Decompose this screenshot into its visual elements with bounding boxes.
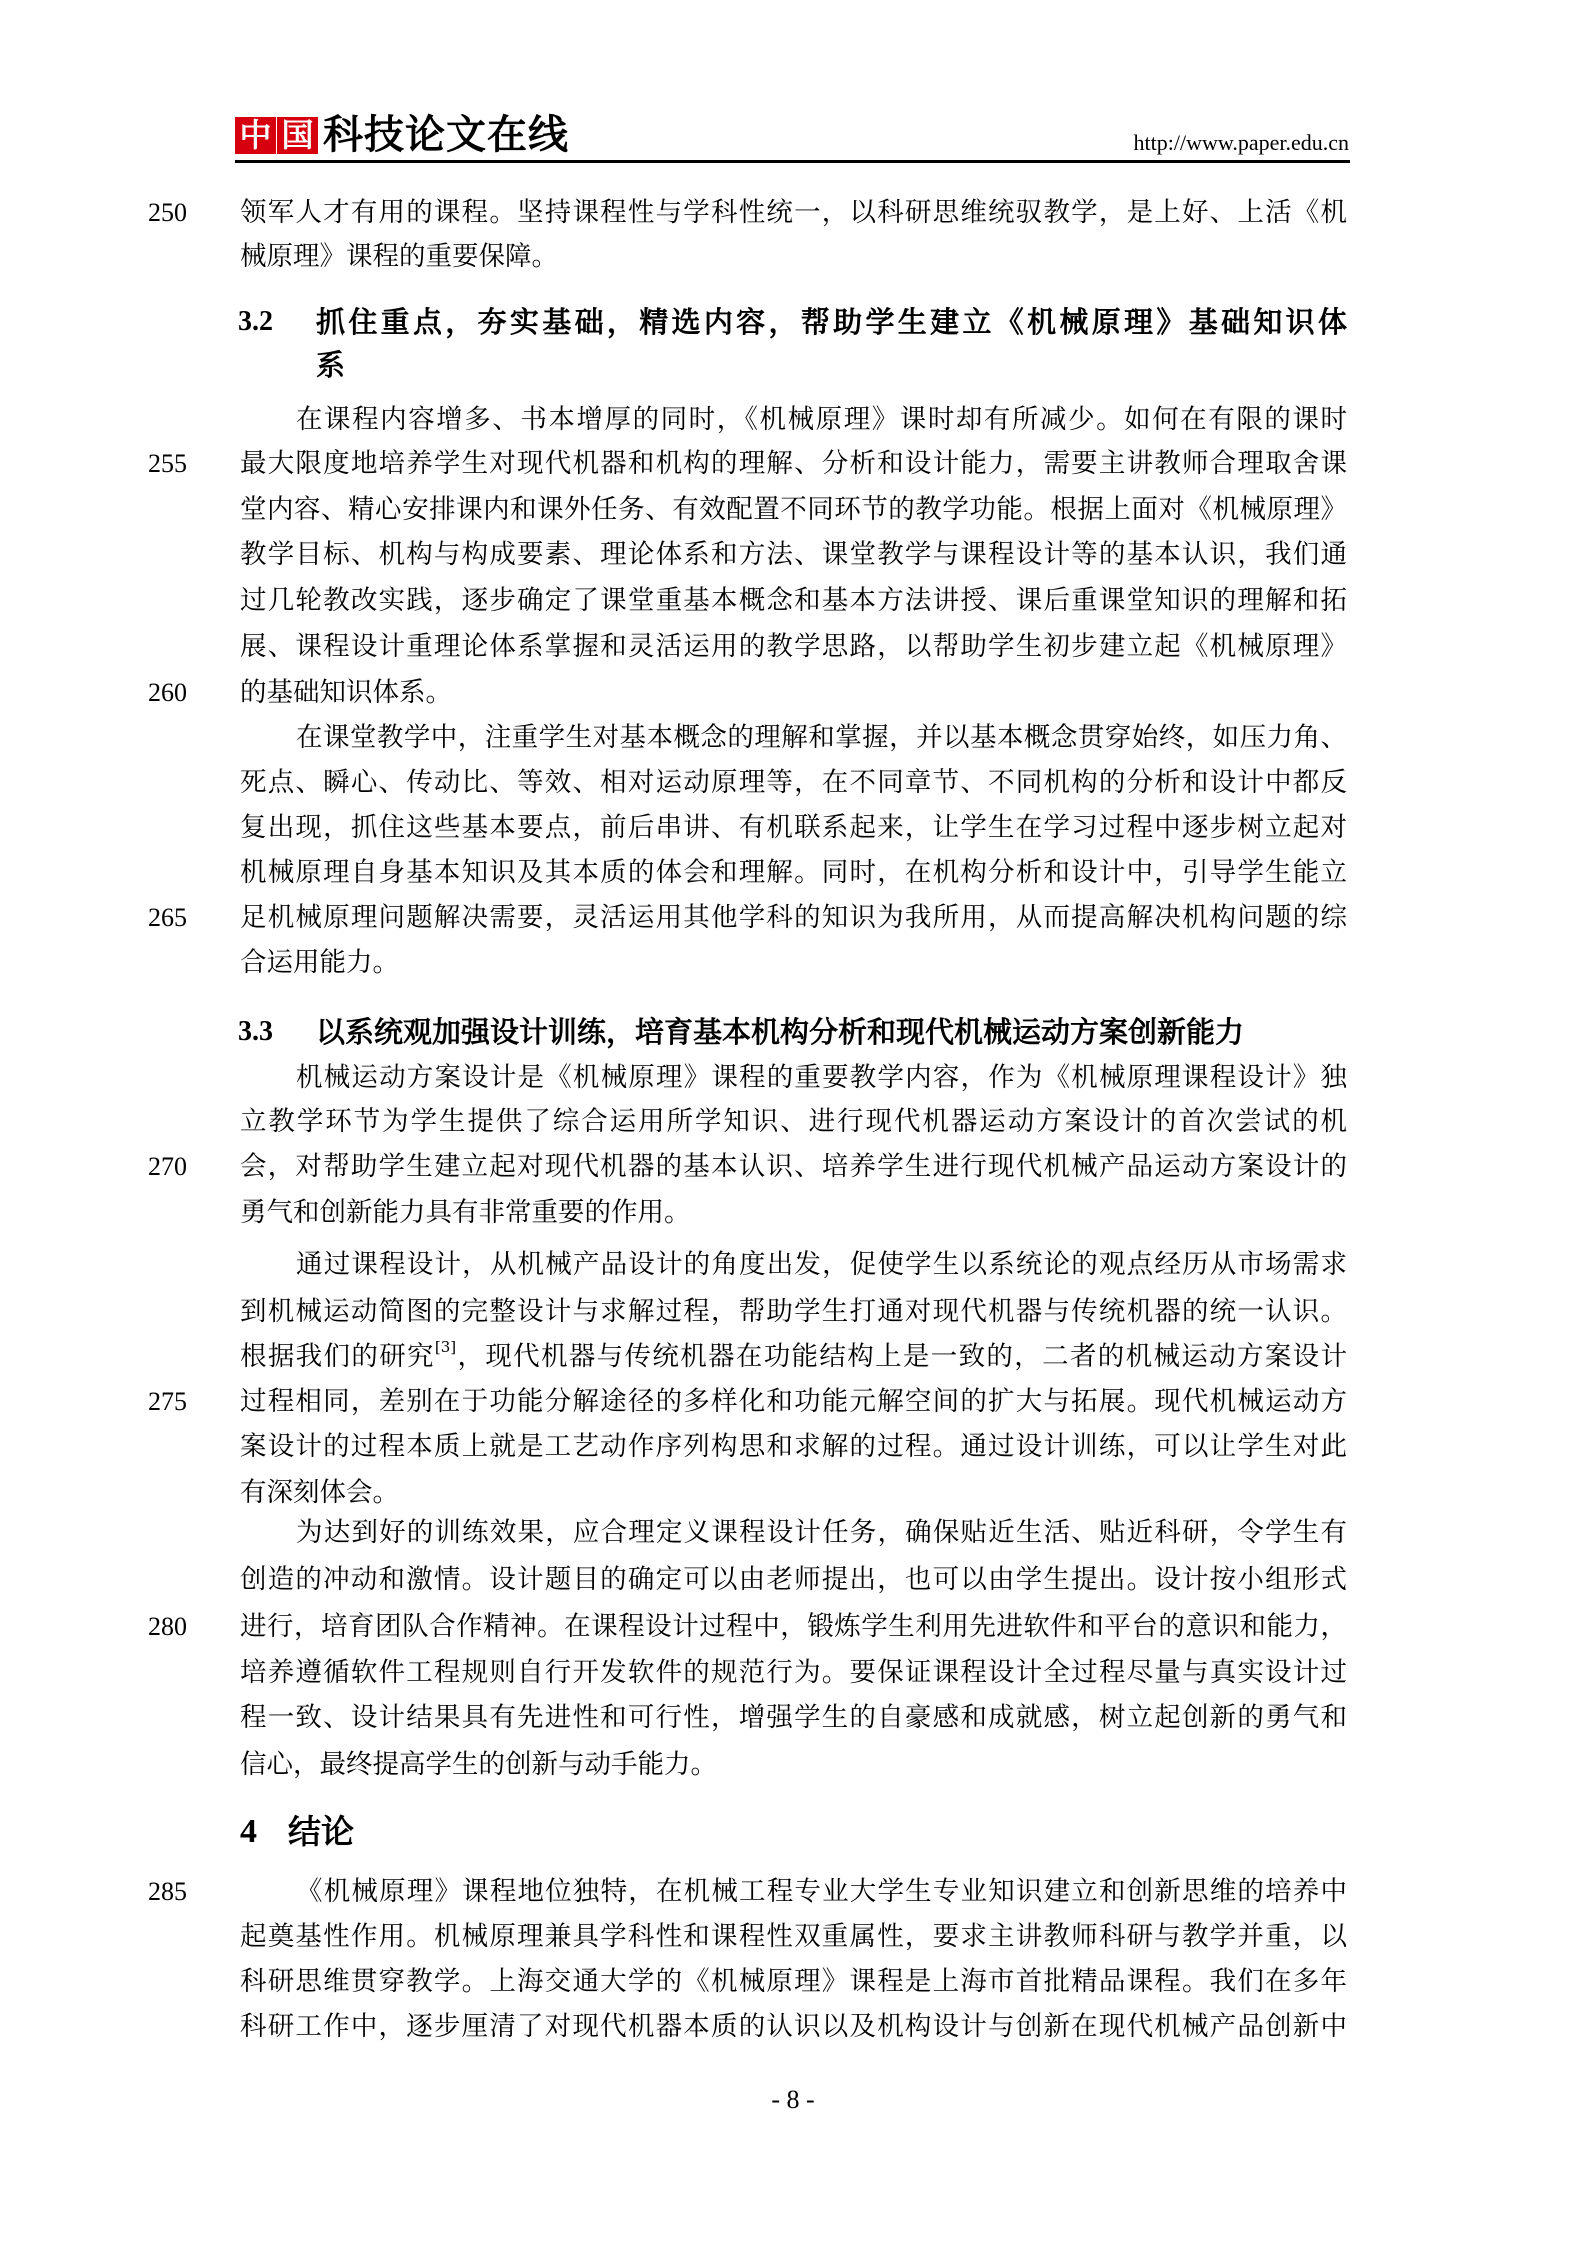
section-number: 4	[240, 1810, 257, 1854]
text-line: 起奠基性作用。机械原理兼具学科性和课程性双重属性，要求主讲教师科研与教学并重，以	[240, 1917, 1347, 1957]
document-page: 中 国 科技论文在线 http://www.paper.edu.cn 250 领…	[0, 0, 1587, 2245]
text-line: 教学目标、机构与构成要素、理论体系和方法、课堂教学与课程设计等的基本认识，我们通	[240, 535, 1347, 575]
text-line: 通过课程设计，从机械产品设计的角度出发，促使学生以系统论的观点经历从市场需求	[296, 1245, 1347, 1285]
text-line: 在课程内容增多、书本增厚的同时，《机械原理》课时却有所减少。如何在有限的课时	[296, 400, 1347, 440]
header-rule	[235, 160, 1350, 163]
text-line: 死点、瞬心、传动比、等效、相对运动原理等，在不同章节、不同机构的分析和设计中都反	[240, 763, 1347, 803]
text-line: 复出现，抓住这些基本要点，前后串讲、有机联系起来，让学生在学习过程中逐步树立起对	[240, 808, 1347, 848]
text-line: 创造的冲动和激情。设计题目的确定可以由老师提出，也可以由学生提出。设计按小组形式	[240, 1560, 1347, 1600]
section-number: 3.3	[238, 1012, 273, 1052]
line-number: 285	[148, 1872, 198, 1912]
logo-char-zhong: 中	[235, 117, 276, 154]
text-line: 会，对帮助学生建立起对现代机器的基本认识、培养学生进行现代机械产品运动方案设计的	[240, 1147, 1347, 1187]
header-url[interactable]: http://www.paper.edu.cn	[1109, 128, 1349, 158]
text-line-with-citation: 根据我们的研究[3]，现代机器与传统机器在功能结构上是一致的，二者的机械运动方案…	[240, 1337, 1347, 1377]
text-line: 展、课程设计重理论体系掌握和灵活运用的教学思路，以帮助学生初步建立起《机械原理》	[240, 627, 1347, 667]
text-line: 机械原理自身基本知识及其本质的体会和理解。同时，在机构分析和设计中，引导学生能立	[240, 853, 1347, 893]
text-line: 培养遵循软件工程规则自行开发软件的规范行为。要保证课程设计全过程尽量与真实设计过	[240, 1653, 1347, 1693]
logo-text: 科技论文在线	[323, 116, 569, 154]
line-number: 255	[148, 444, 198, 484]
text-line: 过几轮教改实践，逐步确定了课堂重基本概念和基本方法讲授、课后重课堂知识的理解和拓	[240, 581, 1347, 621]
text-line: 械原理》课程的重要保障。	[240, 237, 1347, 277]
section-number: 3.2	[238, 302, 273, 342]
section-title: 抓住重点，夯实基础，精选内容，帮助学生建立《机械原理》基础知识体	[316, 302, 1347, 342]
text-line: 程一致、设计结果具有先进性和可行性，增强学生的自豪感和成就感，树立起创新的勇气和	[240, 1698, 1347, 1738]
line-number: 280	[148, 1607, 198, 1647]
line-number: 270	[148, 1147, 198, 1187]
line-number: 250	[148, 193, 198, 233]
text-line: 最大限度地培养学生对现代机器和机构的理解、分析和设计能力，需要主讲教师合理取舍课	[240, 444, 1347, 484]
text-fragment: 根据我们的研究	[240, 1341, 435, 1372]
text-line: 合运用能力。	[240, 943, 1347, 983]
text-line: 过程相同，差别在于功能分解途径的多样化和功能元解空间的扩大与拓展。现代机械运动方	[240, 1382, 1347, 1422]
line-number: 260	[148, 673, 198, 713]
text-line: 到机械运动简图的完整设计与求解过程，帮助学生打通对现代机器与传统机器的统一认识。	[240, 1292, 1347, 1332]
text-line: 科研工作中，逐步厘清了对现代机器本质的认识以及机构设计与创新在现代机械产品创新中	[240, 2007, 1347, 2047]
line-number: 265	[148, 898, 198, 938]
citation-link[interactable]: [3]	[435, 1338, 456, 1356]
text-line: 科研思维贯穿教学。上海交通大学的《机械原理》课程是上海市首批精品课程。我们在多年	[240, 1962, 1347, 2002]
site-logo[interactable]: 中 国 科技论文在线	[235, 116, 569, 154]
text-line: 堂内容、精心安排课内和课外任务、有效配置不同环节的教学功能。根据上面对《机械原理…	[240, 490, 1347, 530]
section-title: 系	[316, 345, 1347, 385]
text-line: 领军人才有用的课程。坚持课程性与学科性统一，以科研思维统驭教学，是上好、上活《机	[240, 193, 1347, 233]
text-fragment: ，现代机器与传统机器在功能结构上是一致的，二者的机械运动方案设计	[456, 1341, 1347, 1372]
text-line: 信心，最终提高学生的创新与动手能力。	[240, 1745, 1347, 1785]
text-line: 的基础知识体系。	[240, 673, 1347, 713]
text-line: 进行，培育团队合作精神。在课程设计过程中，锻炼学生利用先进软件和平台的意识和能力…	[240, 1607, 1347, 1647]
text-line: 立教学环节为学生提供了综合运用所学知识、进行现代机器运动方案设计的首次尝试的机	[240, 1102, 1347, 1142]
text-line: 案设计的过程本质上就是工艺动作序列构思和求解的过程。通过设计训练，可以让学生对此	[240, 1427, 1347, 1467]
text-line: 足机械原理问题解决需要，灵活运用其他学科的知识为我所用，从而提高解决机构问题的综	[240, 898, 1347, 938]
section-title: 以系统观加强设计训练，培育基本机构分析和现代机械运动方案创新能力	[316, 1012, 1347, 1052]
page-number: - 8 -	[693, 2084, 893, 2116]
text-line: 在课堂教学中，注重学生对基本概念的理解和掌握，并以基本概念贯穿始终，如压力角、	[296, 718, 1347, 758]
text-line: 有深刻体会。	[240, 1473, 1347, 1513]
text-line: 为达到好的训练效果，应合理定义课程设计任务，确保贴近生活、贴近科研，令学生有	[296, 1513, 1347, 1553]
text-line: 机械运动方案设计是《机械原理》课程的重要教学内容，作为《机械原理课程设计》独	[296, 1058, 1347, 1098]
logo-char-guo: 国	[277, 117, 318, 154]
section-title: 结论	[288, 1810, 354, 1854]
text-line: 勇气和创新能力具有非常重要的作用。	[240, 1193, 1347, 1233]
text-line: 《机械原理》课程地位独特，在机械工程专业大学生专业知识建立和创新思维的培养中	[296, 1872, 1347, 1912]
line-number: 275	[148, 1382, 198, 1422]
